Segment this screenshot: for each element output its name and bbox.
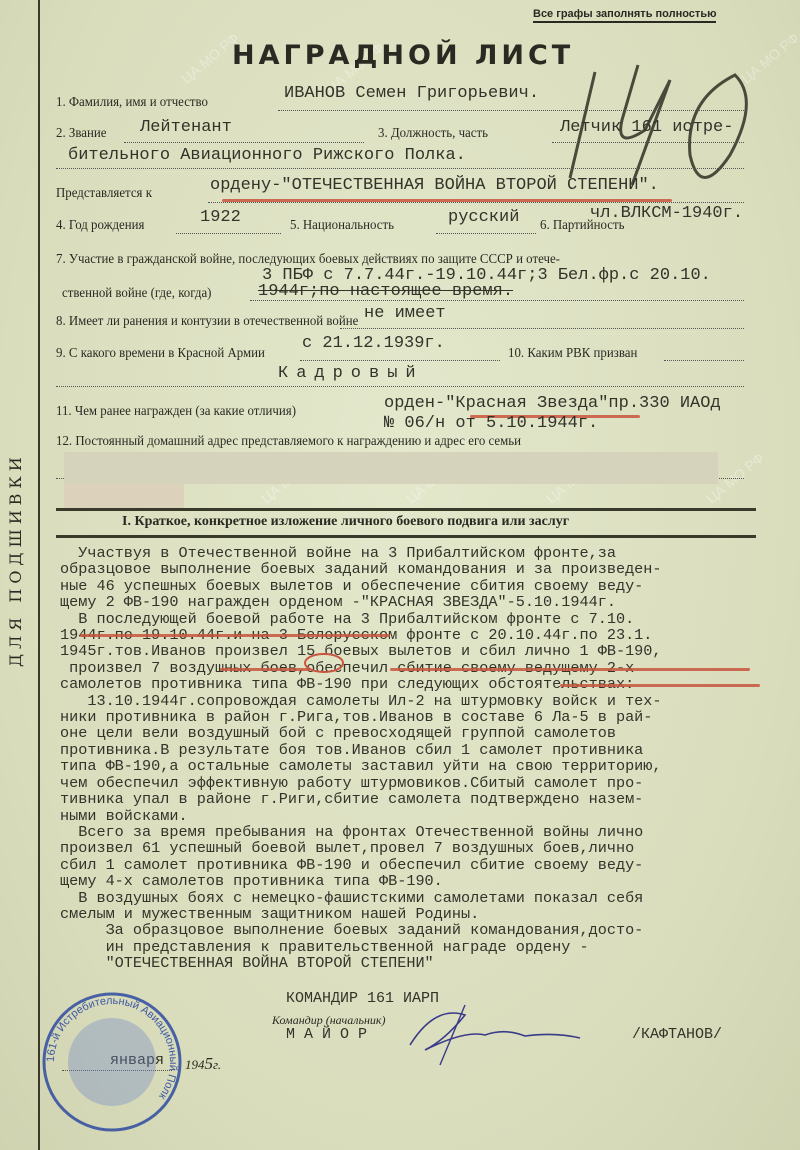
document-title: НАГРАДНОЙ ЛИСТ <box>232 40 574 71</box>
combat-participation-line2: 1944г;по настоящее время. <box>258 282 513 301</box>
narrative-line: ными войсками. <box>60 808 800 824</box>
date-year: 1945г. <box>185 1054 221 1074</box>
field-11-label: 11. Чем ранее награжден (за какие отличи… <box>56 404 296 420</box>
award-presented-value: ордену-"ОТЕЧЕСТВЕННАЯ ВОЙНА ВТОРОЙ СТЕПЕ… <box>210 176 659 195</box>
binding-margin-line <box>38 0 40 1150</box>
narrative-line: Всего за время пребывания на фронтах Оте… <box>60 824 800 840</box>
instruction-note: Все графы заполнять полностью <box>533 8 716 23</box>
field-12-label: 12. Постоянный домашний адрес представля… <box>56 434 521 450</box>
narrative-line: противника.В результате боя тов.Иванов с… <box>60 742 800 758</box>
circled-sorties-mark <box>302 652 346 674</box>
narrative-line: В воздушных боях с немецко-фашистскими с… <box>60 890 800 906</box>
narrative-line: щему 2 ФВ-190 награжден орденом -"КРАСНА… <box>60 594 800 610</box>
full-name-value: ИВАНОВ Семен Григорьевич. <box>284 84 539 103</box>
previous-awards-line1: орден-"Красная Звезда"пр.330 ИАОд <box>384 394 721 413</box>
field-1-label: 1. Фамилия, имя и отчество <box>56 95 208 111</box>
narrative-line: щему 4-х самолетов противника типа ФВ-19… <box>60 873 800 889</box>
position-value-line1: Летчик 161 истре- <box>560 118 733 137</box>
narrative-line: типа ФВ-190,а остальные самолеты застави… <box>60 758 800 774</box>
redacted-address-part <box>64 484 184 508</box>
narrative-line: тивника упал в районе г.Риги,сбитие само… <box>60 791 800 807</box>
previous-awards-line2: № 06/н от 5.10.1944г. <box>384 414 598 433</box>
narrative-line: образцовое выполнение боевых заданий ком… <box>60 561 800 577</box>
narrative-line: ин представления к правительственной наг… <box>60 939 800 955</box>
narrative-line: Участвуя в Отечественной войне на 3 Приб… <box>60 545 800 561</box>
date-year-unit: г. <box>213 1057 221 1072</box>
commander-rank: М А Й О Р <box>286 1026 367 1043</box>
narrative-line: оне цели вели воздушный бой с превосходя… <box>60 725 800 741</box>
date-year-suffix: 5 <box>205 1054 214 1073</box>
narrative-text: Участвуя в Отечественной войне на 3 Приб… <box>60 545 800 972</box>
field-7-label-line2: ственной войне (где, когда) <box>62 286 211 302</box>
narrative-line: 1945г.тов.Иванов произвел 15 боевых выле… <box>60 643 800 659</box>
date-year-prefix: 194 <box>185 1057 205 1072</box>
narrative-line: В последующей боевой работе на 3 Прибалт… <box>60 611 800 627</box>
commander-signature <box>405 1000 585 1070</box>
party-value: чл.ВЛКСМ-1940г. <box>590 204 743 223</box>
presented-label: Представляется к <box>56 186 152 202</box>
field-9-label: 9. С какого времени в Красной Армии <box>56 346 265 362</box>
narrative-line: произвел 61 успешный боевой вылет,провел… <box>60 840 800 856</box>
binding-label: ДЛЯ ПОДШИВКИ <box>6 395 30 725</box>
narrative-line: ники противника в район г.Рига,тов.Ивано… <box>60 709 800 725</box>
field-8-label: 8. Имеет ли ранения и контузии в отечест… <box>56 314 358 330</box>
wounds-value: не имеет <box>364 304 446 323</box>
birth-year-value: 1922 <box>200 208 241 227</box>
narrative-line: чем обеспечил эффективную работу штурмов… <box>60 775 800 791</box>
redacted-address <box>64 452 718 484</box>
section-heading: I. Краткое, конкретное изложение личного… <box>122 514 569 530</box>
narrative-line: сбил 1 самолет противника ФВ-190 и обесп… <box>60 857 800 873</box>
conscription-value: Кадровый <box>278 364 424 383</box>
rank-value: Лейтенант <box>140 118 232 137</box>
field-5-label: 5. Национальность <box>290 218 394 234</box>
field-3-label: 3. Должность, часть <box>378 126 488 142</box>
field-10-label: 10. Каким РВК призван <box>508 346 637 362</box>
position-value-line2: бительного Авиационного Рижского Полка. <box>68 146 466 165</box>
army-since-value: с 21.12.1939г. <box>302 334 445 353</box>
narrative-line: смелым и мужественным защитником нашей Р… <box>60 906 800 922</box>
narrative-line: "ОТЕЧЕСТВЕННАЯ ВОЙНА ВТОРОЙ СТЕПЕНИ" <box>60 955 800 971</box>
regiment-stamp: 161-й Истребительный Авиационный Полк <box>40 990 185 1135</box>
field-4-label: 4. Год рождения <box>56 218 144 234</box>
commander-name: /КАФТАНОВ/ <box>632 1026 722 1043</box>
narrative-line: За образцовое выполнение боевых заданий … <box>60 922 800 938</box>
narrative-line: ные 46 успешных боевых вылетов и обеспеч… <box>60 578 800 594</box>
nationality-value: русский <box>448 208 519 227</box>
narrative-line: 13.10.1944г.сопровождая самолеты Ил-2 на… <box>60 693 800 709</box>
field-2-label: 2. Звание <box>56 126 106 142</box>
